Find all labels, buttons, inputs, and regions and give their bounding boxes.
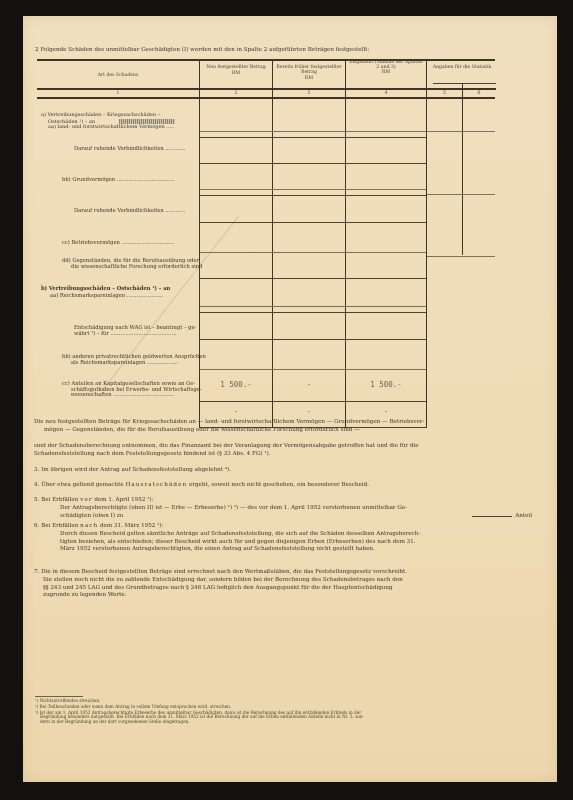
paragraph-7: 7. Die in diesem Bescheid festgestellten…	[34, 569, 544, 600]
cell-bb-col4: 1 500.-	[346, 380, 426, 389]
row-label-betriebsvermoegen: cc) Betriebsvermögen ...................…	[62, 240, 174, 246]
col-header-statistik: Angaben für die Statistik	[429, 65, 495, 70]
col-number-3: 3	[273, 91, 345, 96]
cell-cc-col2: -	[200, 407, 272, 416]
paragraph-5: 5. Bei Erbfällen vor dem 1. April 1952 ¹…	[34, 497, 544, 520]
paragraph-bindend: sind der Schadensberechnung entnommen, d…	[34, 443, 544, 459]
row-label-b-reichsmark: b) Vertreibungsschäden – Ostschäden ¹) –…	[41, 286, 170, 300]
document-page: 2 Folgende Schäden des unmittelbar Gesch…	[23, 16, 557, 782]
footnote-rule	[35, 696, 83, 697]
anteil-blank-line	[472, 516, 512, 517]
col-number-4: 4	[346, 91, 426, 96]
row-label-ansprueche: bb) anderen privatrechtlichen geldwerten…	[62, 355, 206, 366]
col-number-2: 2	[200, 91, 272, 96]
redaction-mark	[119, 119, 175, 124]
row-label-verbindlichkeiten-2: Darauf ruhende Verbindlichkeiten .......…	[74, 208, 185, 214]
col-header-insgesamt: Insgesamt (Summe der Spalten 2 und 3) RM	[349, 60, 423, 76]
footnotes: ¹) Nichtzutreffendes streichen. ²) Bei T…	[35, 699, 535, 725]
col-header-art: Art des Schadens	[37, 73, 199, 78]
cell-cc-col3: -	[273, 407, 345, 416]
anteil-field: Anteil	[472, 513, 532, 521]
row-label-grundvermoegen: bb) Grundvermögen ......................…	[62, 177, 175, 183]
paragraph-3: 3. Im übrigen wird der Antrag auf Schade…	[34, 467, 231, 475]
row-label-a-aa: a) Vertreibungsschäden – Kriegssachschäd…	[41, 113, 175, 131]
section-2-intro: 2 Folgende Schäden des unmittelbar Gesch…	[35, 47, 369, 53]
cell-bb-col2: 1 500.-	[200, 380, 272, 389]
col-number-6: 6	[463, 91, 495, 96]
row-label-gegenstaende: dd) Gegenständen, die für die Berufsausü…	[62, 259, 202, 270]
cell-bb-col3: -	[273, 380, 345, 389]
cell-cc-col4: -	[346, 407, 426, 416]
paragraph-6: 6. Bei Erbfällen nach dem 31. März 1952 …	[34, 523, 544, 554]
col-header-neu: Neu festgestellter Betrag RM	[203, 65, 269, 76]
row-label-verbindlichkeiten-1: Darauf ruhende Verbindlichkeiten .......…	[74, 146, 185, 152]
paragraph-intro: Die neu festgestellten Beträge für Krieg…	[34, 419, 544, 435]
col-number-5: 5	[427, 91, 462, 96]
row-label-anteile: cc) Anteilen an Kapitalgesellschaften so…	[62, 382, 202, 399]
paragraph-4: 4. Über etwa geltend gemachte Hausratsch…	[34, 482, 369, 490]
footnote-3: ³) Ist der am 1. April 1952 Antragsberec…	[35, 711, 535, 725]
footnote-2: ²) Bei Teilbescheiden oder wenn dem Antr…	[35, 705, 535, 710]
col-header-frueher: Bereits früher festgestellter Betrag RM	[275, 65, 343, 82]
row-label-wag: Entschädigung nach WAG ist – beantragt –…	[74, 326, 196, 337]
col-number-1: 1	[37, 91, 199, 96]
